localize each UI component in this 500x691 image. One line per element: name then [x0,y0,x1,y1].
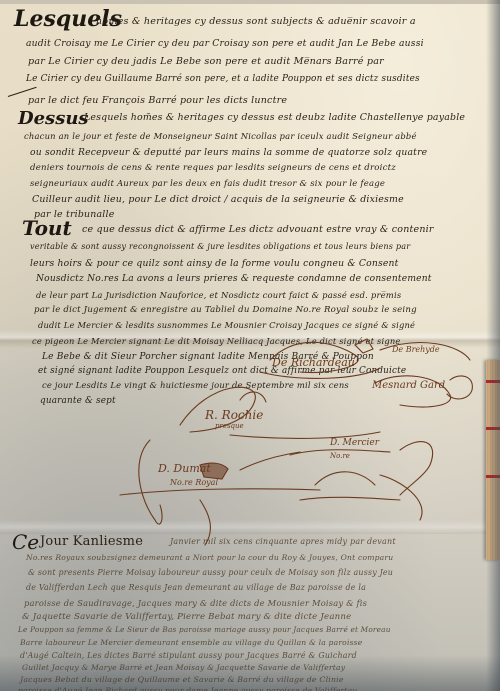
text-line: ce jour Lesdits Le vingt & huictiesme jo… [42,380,349,390]
text-line: dudit Le Mercier & lesdits susnommes Le … [38,320,415,330]
second-act-initial: Ce [12,530,39,554]
text-line: par Le Cirier cy deu jadis Le Bebe son p… [28,56,384,67]
text-line: Cuilleur audit lieu, pour Le dict droict… [32,194,404,205]
page-bottom-shadow [0,655,500,691]
second-act-heading: Jour Kanliesme [40,534,143,549]
text-line: audit Croisay me Le Cirier cy deu par Cr… [26,38,424,49]
signature-rochie-subtitle: presque [215,422,244,430]
text-line: paroisse de Saudiravage, Jacques mary & … [24,598,367,608]
signature-dumat: D. Dumat [158,462,211,475]
text-line: Le Pouppon sa femme & Le Sieur de Bas pa… [18,625,391,634]
text-line: & sont presents Pierre Moisay laboureur … [28,568,393,577]
text-line: ce que dessus dict & affirme Les dictz a… [82,224,434,235]
text-line: Nousdictz No.res La avons a leurs priere… [36,274,432,284]
text-line: ce pigeon Le Mercier signant Le dit Mois… [32,336,401,346]
text-line: deniers tournois de cens & rente reques … [30,163,396,173]
signature-brehyde: De Brehyde [392,345,440,354]
text-line: quarante & sept [40,396,116,406]
text-line: par le dict feu François Barré pour les … [28,95,287,106]
text-line: ou sondit Recepveur & deputté par leurs … [30,147,427,158]
text-line: de Valifferdan Lech que Resquis Jean dem… [26,583,366,592]
text-line: Le Cirier cy deu Guillaume Barré son per… [26,74,420,84]
text-line: No.res Royaux soubzsignez demeurant a Ni… [26,553,393,562]
text-line: chacun an le jour et feste de Monseigneu… [24,131,417,141]
signature-richardeau: De Richardeau [272,356,355,369]
paper-fold-lower [0,520,500,534]
text-line: veritable & sont aussy recongnoissent & … [30,241,410,251]
section-initial-tout: Tout [22,216,72,240]
section-initial-dessus: Dessus [18,108,89,129]
signature-rochie: R. Rochie [205,408,263,422]
text-line: leurs hoirs & pour ce quilz sont ainsy d… [30,258,399,269]
text-line: Janvier mil six cens cinquante apres mid… [170,537,396,546]
text-line: & Jaquette Savarie de Valiffertay, Pierr… [22,612,351,622]
signature-mercier: D. Mercier [330,438,379,448]
page-right-edge-shadow [486,0,500,691]
text-line: de leur part La Jurisdiction Nauforice, … [36,290,401,300]
text-line: Barre laboureur Le Mercier demeurant ens… [20,638,362,647]
text-line: Lesquels hom̃es & heritages cy dessus es… [84,112,465,123]
text-line: hom̃es & heritages cy dessus sont subjec… [96,16,416,27]
signature-notary: No.re [330,452,350,460]
text-line: seigneuriaux audit Aureux par les deux e… [30,179,385,189]
page-top-edge [0,0,500,4]
signature-dumat-subtitle: No.re Royal [170,478,218,487]
text-line: par le dict Jugement & enregistre au Tab… [34,305,417,315]
signature-mesnard: Mesnard Gard [372,380,445,391]
